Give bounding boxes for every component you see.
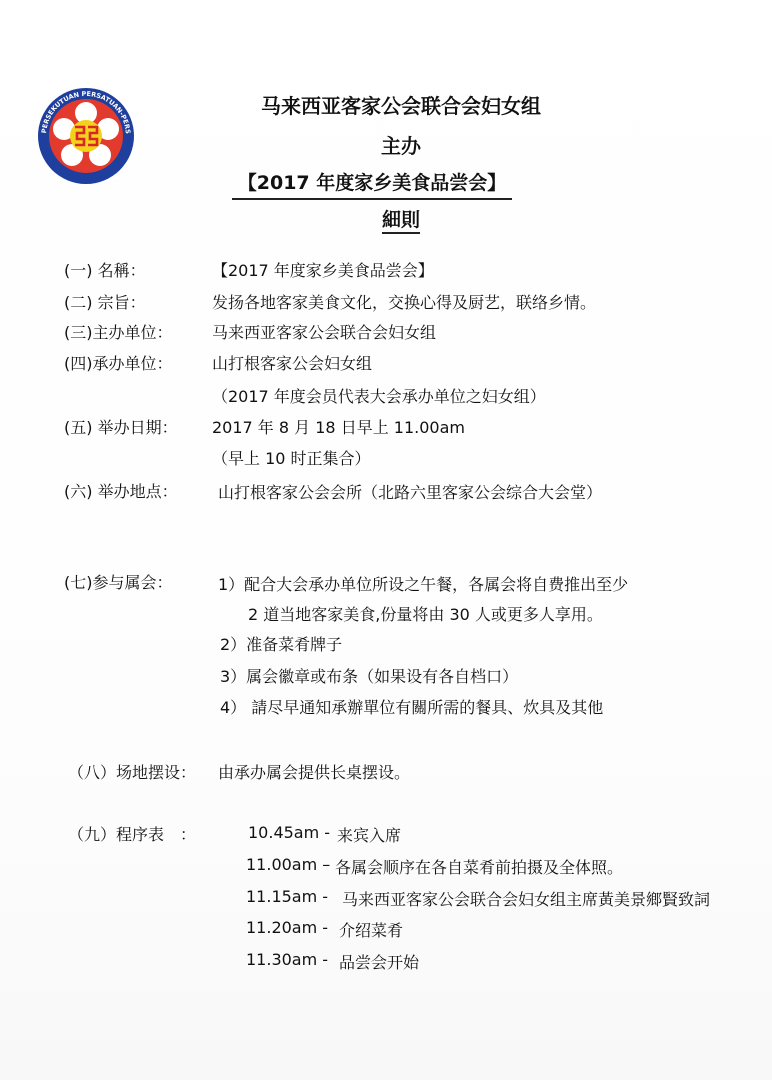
rules-title: 細則: [0, 205, 772, 232]
event-title: 【2017 年度家乡美食品尝会】: [232, 168, 512, 200]
document-page: PERSEKUTUAN PERSATUAN-PERSATUAN HAKKA MA…: [0, 0, 772, 1080]
schedule-item: 各属会顺序在各自菜肴前拍摄及全体照。: [335, 855, 623, 878]
section-value-host-note: （2017 年度会员代表大会承办单位之妇女组）: [212, 384, 546, 407]
section-label-purpose: (二) 宗旨：: [64, 290, 146, 313]
participant-item-1-cont: 2 道当地客家美食,份量将由 30 人或更多人享用。: [248, 602, 603, 625]
participant-item-4: 4） 請尽早通知承辦單位有關所需的餐具、炊具及其他: [220, 695, 603, 718]
host-label: 主办: [0, 130, 772, 159]
participant-item-3: 3）属会徽章或布条（如果设有各自档口）: [220, 664, 518, 687]
section-label-participants: (七)参与属会：: [64, 570, 173, 593]
schedule-time: 11.30am -: [246, 950, 328, 969]
section-value-date-note: （早上 10 时正集合）: [212, 446, 371, 469]
section-label-name: (一) 名稱：: [64, 258, 146, 281]
schedule-time: 10.45am -: [248, 823, 330, 842]
schedule-item: 品尝会开始: [339, 950, 419, 973]
participant-item-1: 1）配合大会承办单位所设之午餐，各属会将自费推出至少: [218, 572, 628, 595]
section-label-setup: （八）场地摆设：: [68, 760, 196, 783]
schedule-time: 11.20am -: [246, 918, 328, 937]
section-value-organizer: 马来西亚客家公会联合会妇女组: [212, 320, 436, 343]
section-label-organizer: (三)主办单位：: [64, 320, 173, 343]
schedule-time: 11.00am –: [246, 855, 330, 874]
schedule-item: 马来西亚客家公会联合会妇女组主席黃美景鄉賢致詞: [342, 887, 710, 910]
section-value-date: 2017 年 8 月 18 日早上 11.00am: [212, 415, 465, 438]
section-value-name: 【2017 年度家乡美食品尝会】: [212, 258, 434, 281]
section-value-setup: 由承办属会提供长桌摆设。: [218, 760, 410, 783]
organizer-title: 马来西亚客家公会联合会妇女组: [0, 90, 772, 119]
schedule-time: 11.15am -: [246, 887, 328, 906]
section-label-date: (五) 举办日期：: [64, 415, 178, 438]
section-label-schedule: （九）程序表 ：: [68, 822, 196, 845]
section-value-purpose: 发扬各地客家美食文化，交换心得及厨艺，联络乡情。: [212, 290, 596, 313]
participant-item-2: 2）准备菜肴牌子: [220, 632, 342, 655]
schedule-item: 来宾入席: [337, 823, 401, 846]
rules-title-text: 細則: [382, 209, 420, 234]
section-value-venue: 山打根客家公会会所（北路六里客家公会综合大会堂）: [218, 480, 602, 503]
section-label-host: (四)承办单位：: [64, 351, 173, 374]
section-value-host: 山打根客家公会妇女组: [212, 351, 372, 374]
schedule-item: 介绍菜肴: [339, 918, 403, 941]
section-label-venue: (六) 举办地点：: [64, 479, 178, 502]
